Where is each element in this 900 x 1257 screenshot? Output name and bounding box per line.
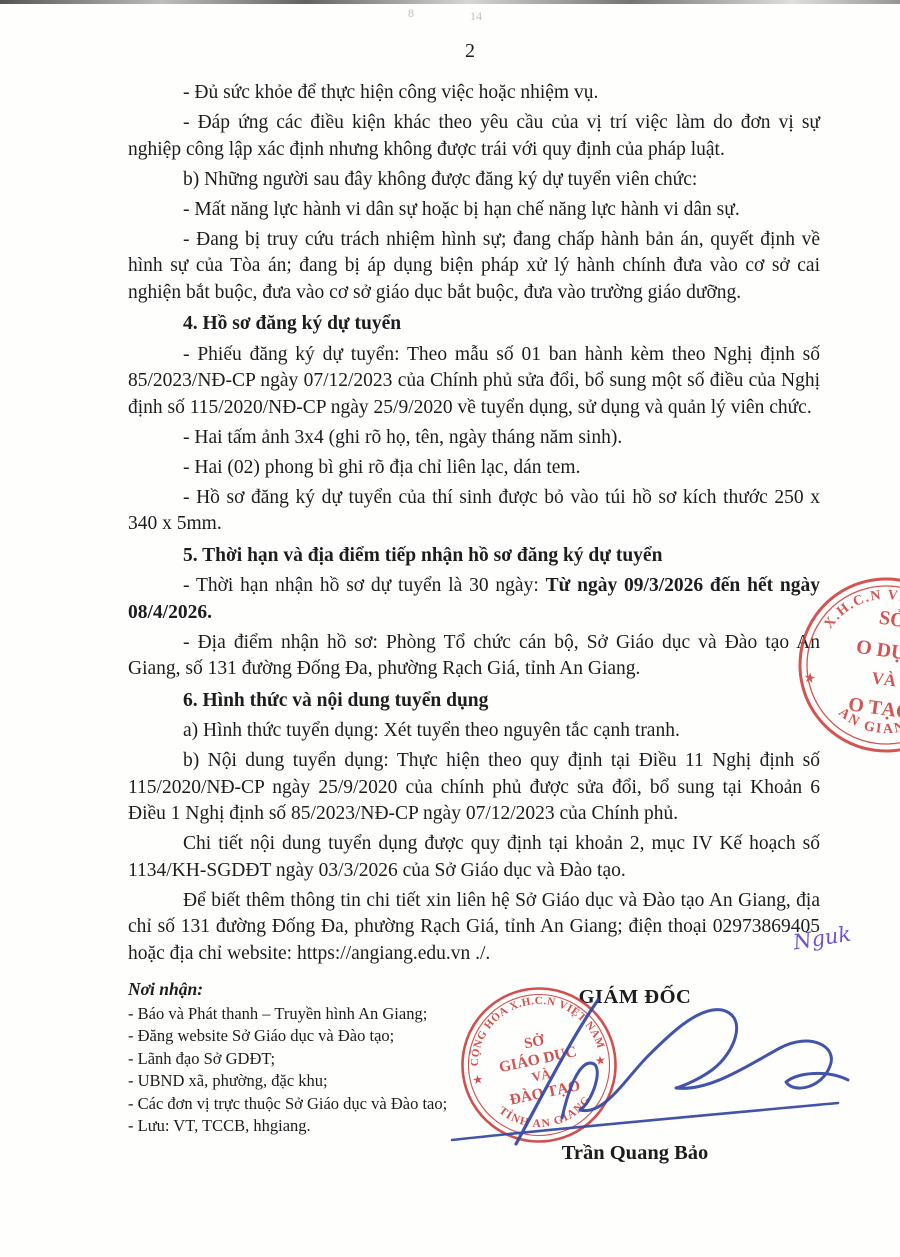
stamp2-line: O DỤC: [855, 636, 900, 667]
paragraph: - Hồ sơ đăng ký dự tuyển của thí sinh đư…: [128, 485, 820, 538]
signer-name: Trần Quang Bảo: [500, 1142, 770, 1165]
scan-smudge: 8: [408, 6, 414, 21]
stamp2-line: SỞ: [878, 606, 900, 633]
paragraph: - Hai (02) phong bì ghi rõ địa chỉ liên …: [128, 455, 820, 482]
section-heading: 6. Hình thức và nội dung tuyển dụng: [128, 688, 820, 715]
paragraph: - Địa điểm nhận hồ sơ: Phòng Tổ chức cán…: [128, 630, 820, 683]
paragraph: Chi tiết nội dung tuyển dụng được quy đị…: [128, 831, 820, 884]
section-heading: 5. Thời hạn và địa điểm tiếp nhận hồ sơ …: [128, 543, 820, 570]
paragraph: b) Nội dung tuyển dụng: Thực hiện theo q…: [128, 748, 820, 828]
section-heading: 4. Hồ sơ đăng ký dự tuyển: [128, 311, 820, 338]
stamp2-star-icon: ★: [802, 671, 817, 688]
paragraph: - Phiếu đăng ký dự tuyển: Theo mẫu số 01…: [128, 342, 820, 422]
paragraph: - Hai tấm ảnh 3x4 (ghi rõ họ, tên, ngày …: [128, 425, 820, 452]
paragraph: a) Hình thức tuyển dụng: Xét tuyển theo …: [128, 718, 820, 745]
document-page: 8 14 2 - Đủ sức khỏe để thực hiện công v…: [0, 0, 900, 1257]
paragraph: Để biết thêm thông tin chi tiết xin liên…: [128, 888, 820, 968]
scan-artifact-top: [0, 0, 900, 4]
paragraph: - Mất năng lực hành vi dân sự hoặc bị hạ…: [128, 197, 820, 224]
paragraph: b) Những người sau đây không được đăng k…: [128, 167, 820, 194]
red-stamp-secondary: X.H.C.N VIỆT NAM AN GIANG ★ SỞ O DỤC VÀ …: [786, 565, 900, 765]
page-number: 2: [0, 40, 900, 63]
document-body: - Đủ sức khỏe để thực hiện công việc hoặ…: [128, 80, 820, 971]
paragraph: - Đáp ứng các điều kiện khác theo yêu cầ…: [128, 110, 820, 163]
scan-smudge: 14: [470, 9, 482, 24]
paragraph: - Đủ sức khỏe để thực hiện công việc hoặ…: [128, 80, 820, 107]
stamp2-line: VÀ: [870, 668, 898, 690]
paragraph: - Đang bị truy cứu trách nhiệm hình sự; …: [128, 227, 820, 307]
paragraph: - Thời hạn nhận hồ sơ dự tuyển là 30 ngà…: [128, 573, 820, 626]
signature: [430, 960, 870, 1160]
